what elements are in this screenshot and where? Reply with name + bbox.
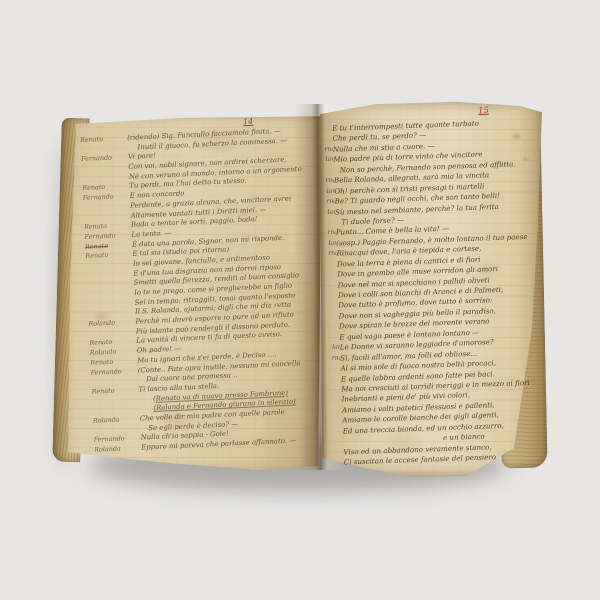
speaker-name: Rolanda [324,155,333,166]
speaker-name [427,433,443,444]
speaker-name [324,165,340,176]
left-page-text: Renato(ridendo) Sig. Fanciullo facciamol… [80,125,335,468]
speaker-name [325,217,341,228]
speaker-name: Rolanda [324,186,335,197]
speaker-name: Rolanda [94,444,141,456]
page-number-right: 15 [478,106,489,116]
photo-background: 14 15 Renato(ridendo) Sig. Fanciullo fac… [0,0,600,600]
speaker-name: Fernando [324,145,333,156]
speaker-name [324,134,333,145]
page-number-left: 14 [243,117,254,127]
speaker-name [324,124,332,135]
speaker-name: Fernando [324,176,334,187]
right-page-text: E tu t'interrompesti tutte quante turbat… [324,116,554,475]
